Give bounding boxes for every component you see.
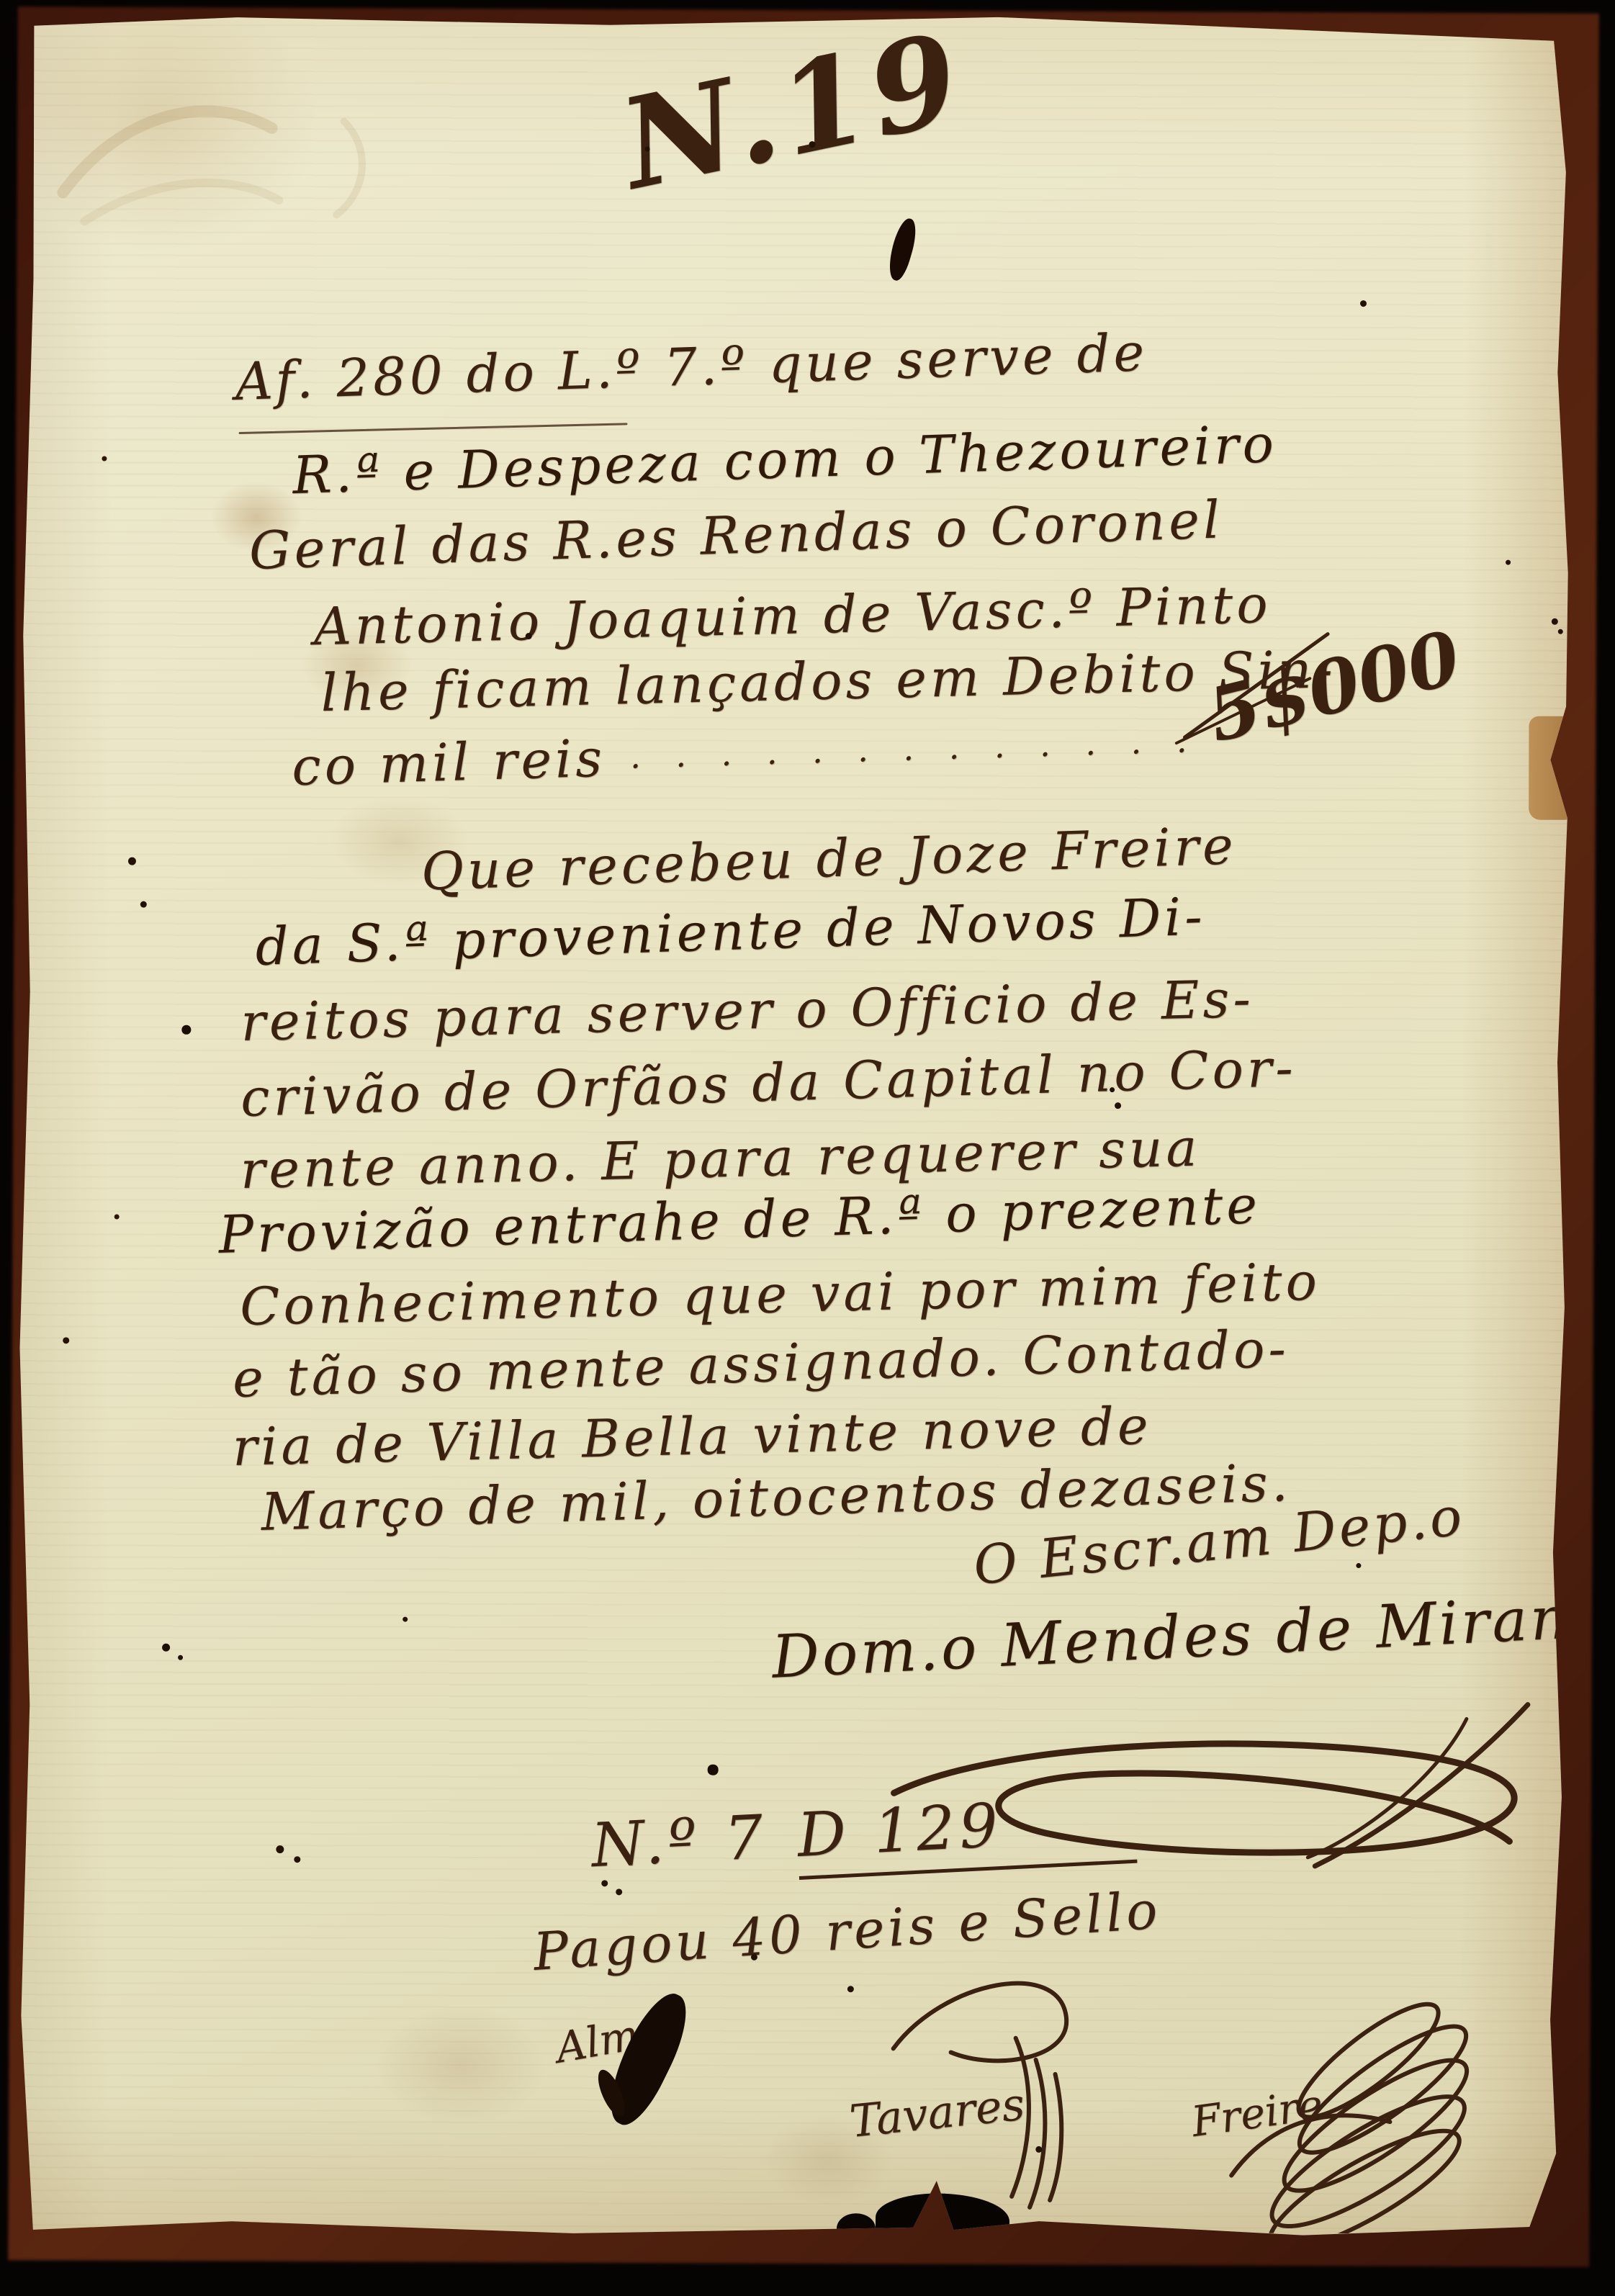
underline-stroke xyxy=(239,423,628,434)
registry-number-prefix: N.º 7 xyxy=(590,1801,769,1881)
registry-number-line: N.º 7D 129 xyxy=(590,1783,1137,1881)
dotted-leader: . . . . . . . . . . . . . xyxy=(629,721,1200,776)
faded-ink-ghost-marks xyxy=(41,34,416,251)
manuscript-line: co mil reis. . . . . . . . . . . . . xyxy=(291,711,1200,797)
document-number-header: N.19 xyxy=(610,4,976,217)
amount-words: co mil reis xyxy=(291,728,606,798)
manuscript-line: crivão de Orfãos da Capital no Cor- xyxy=(240,1037,1297,1128)
scan-background: { "document": { "kind": "handwritten man… xyxy=(0,0,1615,2296)
manuscript-line: da S.ª proveniente de Novos Di- xyxy=(254,886,1206,977)
signature-name: Dom.o Mendes de Miranda xyxy=(770,1580,1615,1692)
amount-figure: 5$000 xyxy=(1200,614,1468,759)
manuscript-line: Af. 280 do L.º 7.º que serve de xyxy=(234,322,1148,412)
manuscript-page: N.19 Af. 280 do L.º 7.º que serve de R.ª… xyxy=(14,12,1573,2243)
manuscript-line: reitos para server o Officio de Es- xyxy=(240,968,1254,1053)
manuscript-line: Geral das R.es Rendas o Coronel xyxy=(248,489,1224,581)
registry-number-value: D 129 xyxy=(796,1783,1137,1880)
ink-blot-near-header xyxy=(884,216,921,282)
